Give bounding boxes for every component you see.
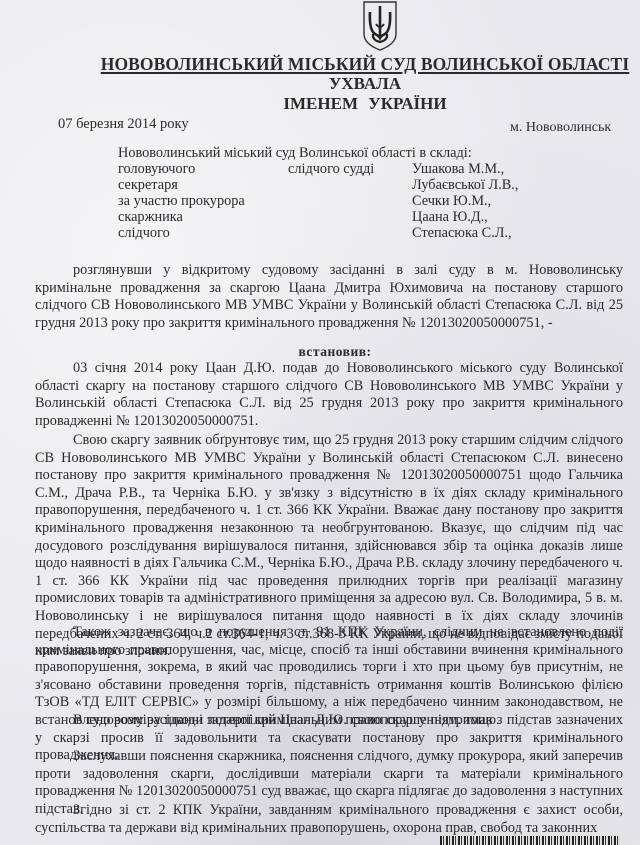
composition-row: секретаря Лубаєвської Л.В., <box>118 177 472 193</box>
document-city: м. Нововолинськ <box>510 120 611 136</box>
composition-name: Лубаєвської Л.В., <box>412 177 518 193</box>
court-ruling-document: НОВОВОЛИНСЬКИЙ МІСЬКИЙ СУД ВОЛИНСЬКОЇ ОБ… <box>0 0 640 845</box>
composition-role: секретаря <box>118 177 178 193</box>
composition-role: слідчого <box>118 225 170 241</box>
preamble-paragraph: розглянувши у відкритому судовому засіда… <box>35 262 623 332</box>
composition-row: слідчого Степасюка С.Л., <box>118 225 472 241</box>
in-name-of-ukraine: ІМЕНЕМ УКРАЇНИ <box>0 94 640 114</box>
composition-name: Цаана Ю.Д., <box>412 209 488 225</box>
established-heading: встановив: <box>0 344 640 360</box>
composition-role: скаржника <box>118 209 183 225</box>
court-composition: Нововолинський міський суд Волинської об… <box>118 145 472 241</box>
composition-name: Степасюка С.Л., <box>412 225 512 241</box>
composition-row: скаржника Цаана Ю.Д., <box>118 209 472 225</box>
composition-subrole: слідчого судді <box>288 161 374 177</box>
composition-intro: Нововолинський міський суд Волинської об… <box>118 145 472 161</box>
composition-role: за участю прокурора <box>118 193 245 209</box>
document-date: 07 березня 2014 року <box>58 116 189 133</box>
composition-role: головуючого <box>118 161 195 177</box>
court-name: НОВОВОЛИНСЬКИЙ МІСЬКИЙ СУД ВОЛИНСЬКОЇ ОБ… <box>0 54 640 75</box>
body-paragraph: 03 січня 2014 року Цаан Д.Ю. подав до Но… <box>35 360 623 430</box>
composition-name: Сечки Ю.М., <box>412 193 491 209</box>
composition-name: Ушакова М.М., <box>412 161 504 177</box>
composition-row: головуючого слідчого судді Ушакова М.М., <box>118 161 472 177</box>
body-paragraph: Згідно зі ст. 2 КПК України, завданням к… <box>35 802 623 837</box>
barcode-strip <box>440 836 620 845</box>
composition-row: за участю прокурора Сечки Ю.М., <box>118 193 472 209</box>
document-type: УХВАЛА <box>0 74 640 94</box>
trident-coat-of-arms-icon <box>361 0 399 52</box>
